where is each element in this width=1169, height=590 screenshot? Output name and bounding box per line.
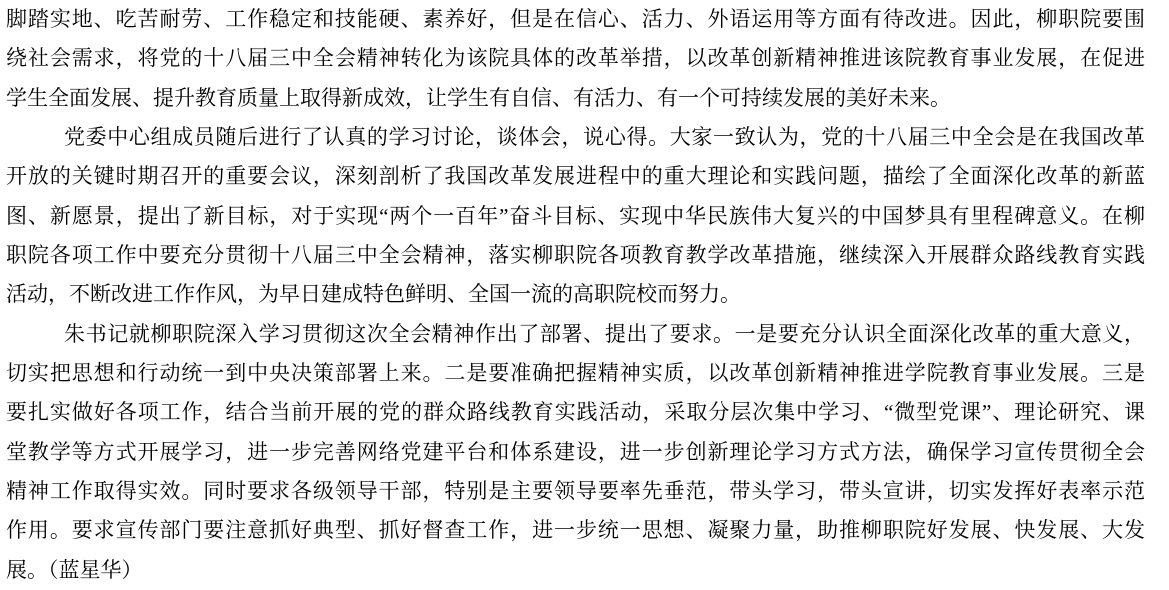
document-line: 作用。要求宣传部门要注意抓好典型、抓好督查工作，进一步统一思想、凝聚力量，助推柳… xyxy=(6,511,1145,550)
document-line: 脚踏实地、吃苦耐劳、工作稳定和技能硬、素养好，但是在信心、活力、外语运用等方面有… xyxy=(6,0,1145,39)
document-line: 要扎实做好各项工作，结合当前开展的党的群众路线教育实践活动，采取分层次集中学习、… xyxy=(6,393,1145,432)
document-line: 精神工作取得实效。同时要求各级领导干部，特别是主要领导要率先垂范，带头学习，带头… xyxy=(6,472,1145,511)
document-line: 朱书记就柳职院深入学习贯彻这次全会精神作出了部署、提出了要求。一是要充分认识全面… xyxy=(6,315,1145,354)
document-line: 活动，不断改进工作作风，为早日建成特色鲜明、全国一流的高职院校而努力。 xyxy=(6,275,1145,314)
document-line: 开放的关键时期召开的重要会议，深刻剖析了我国改革发展进程中的重大理论和实践问题，… xyxy=(6,157,1145,196)
document-line: 绕社会需求，将党的十八届三中全会精神转化为该院具体的改革举措，以改革创新精神推进… xyxy=(6,39,1145,78)
document-line: 切实把思想和行动统一到中央决策部署上来。二是要准确把握精神实质，以改革创新精神推… xyxy=(6,354,1145,393)
document-line: 堂教学等方式开展学习，进一步完善网络党建平台和体系建设，进一步创新理论学习方式方… xyxy=(6,433,1145,472)
document-line: 党委中心组成员随后进行了认真的学习讨论，谈体会，说心得。大家一致认为，党的十八届… xyxy=(6,118,1145,157)
document-page: 脚踏实地、吃苦耐劳、工作稳定和技能硬、素养好，但是在信心、活力、外语运用等方面有… xyxy=(0,0,1169,590)
document-line: 学生全面发展、提升教育质量上取得新成效，让学生有自信、有活力、有一个可持续发展的… xyxy=(6,79,1145,118)
document-line: 图、新愿景，提出了新目标，对于实现“两个一百年”奋斗目标、实现中华民族伟大复兴的… xyxy=(6,197,1145,236)
document-line: 展。（蓝星华） xyxy=(6,551,1145,590)
document-line: 职院各项工作中要充分贯彻十八届三中全会精神，落实柳职院各项教育教学改革措施，继续… xyxy=(6,236,1145,275)
